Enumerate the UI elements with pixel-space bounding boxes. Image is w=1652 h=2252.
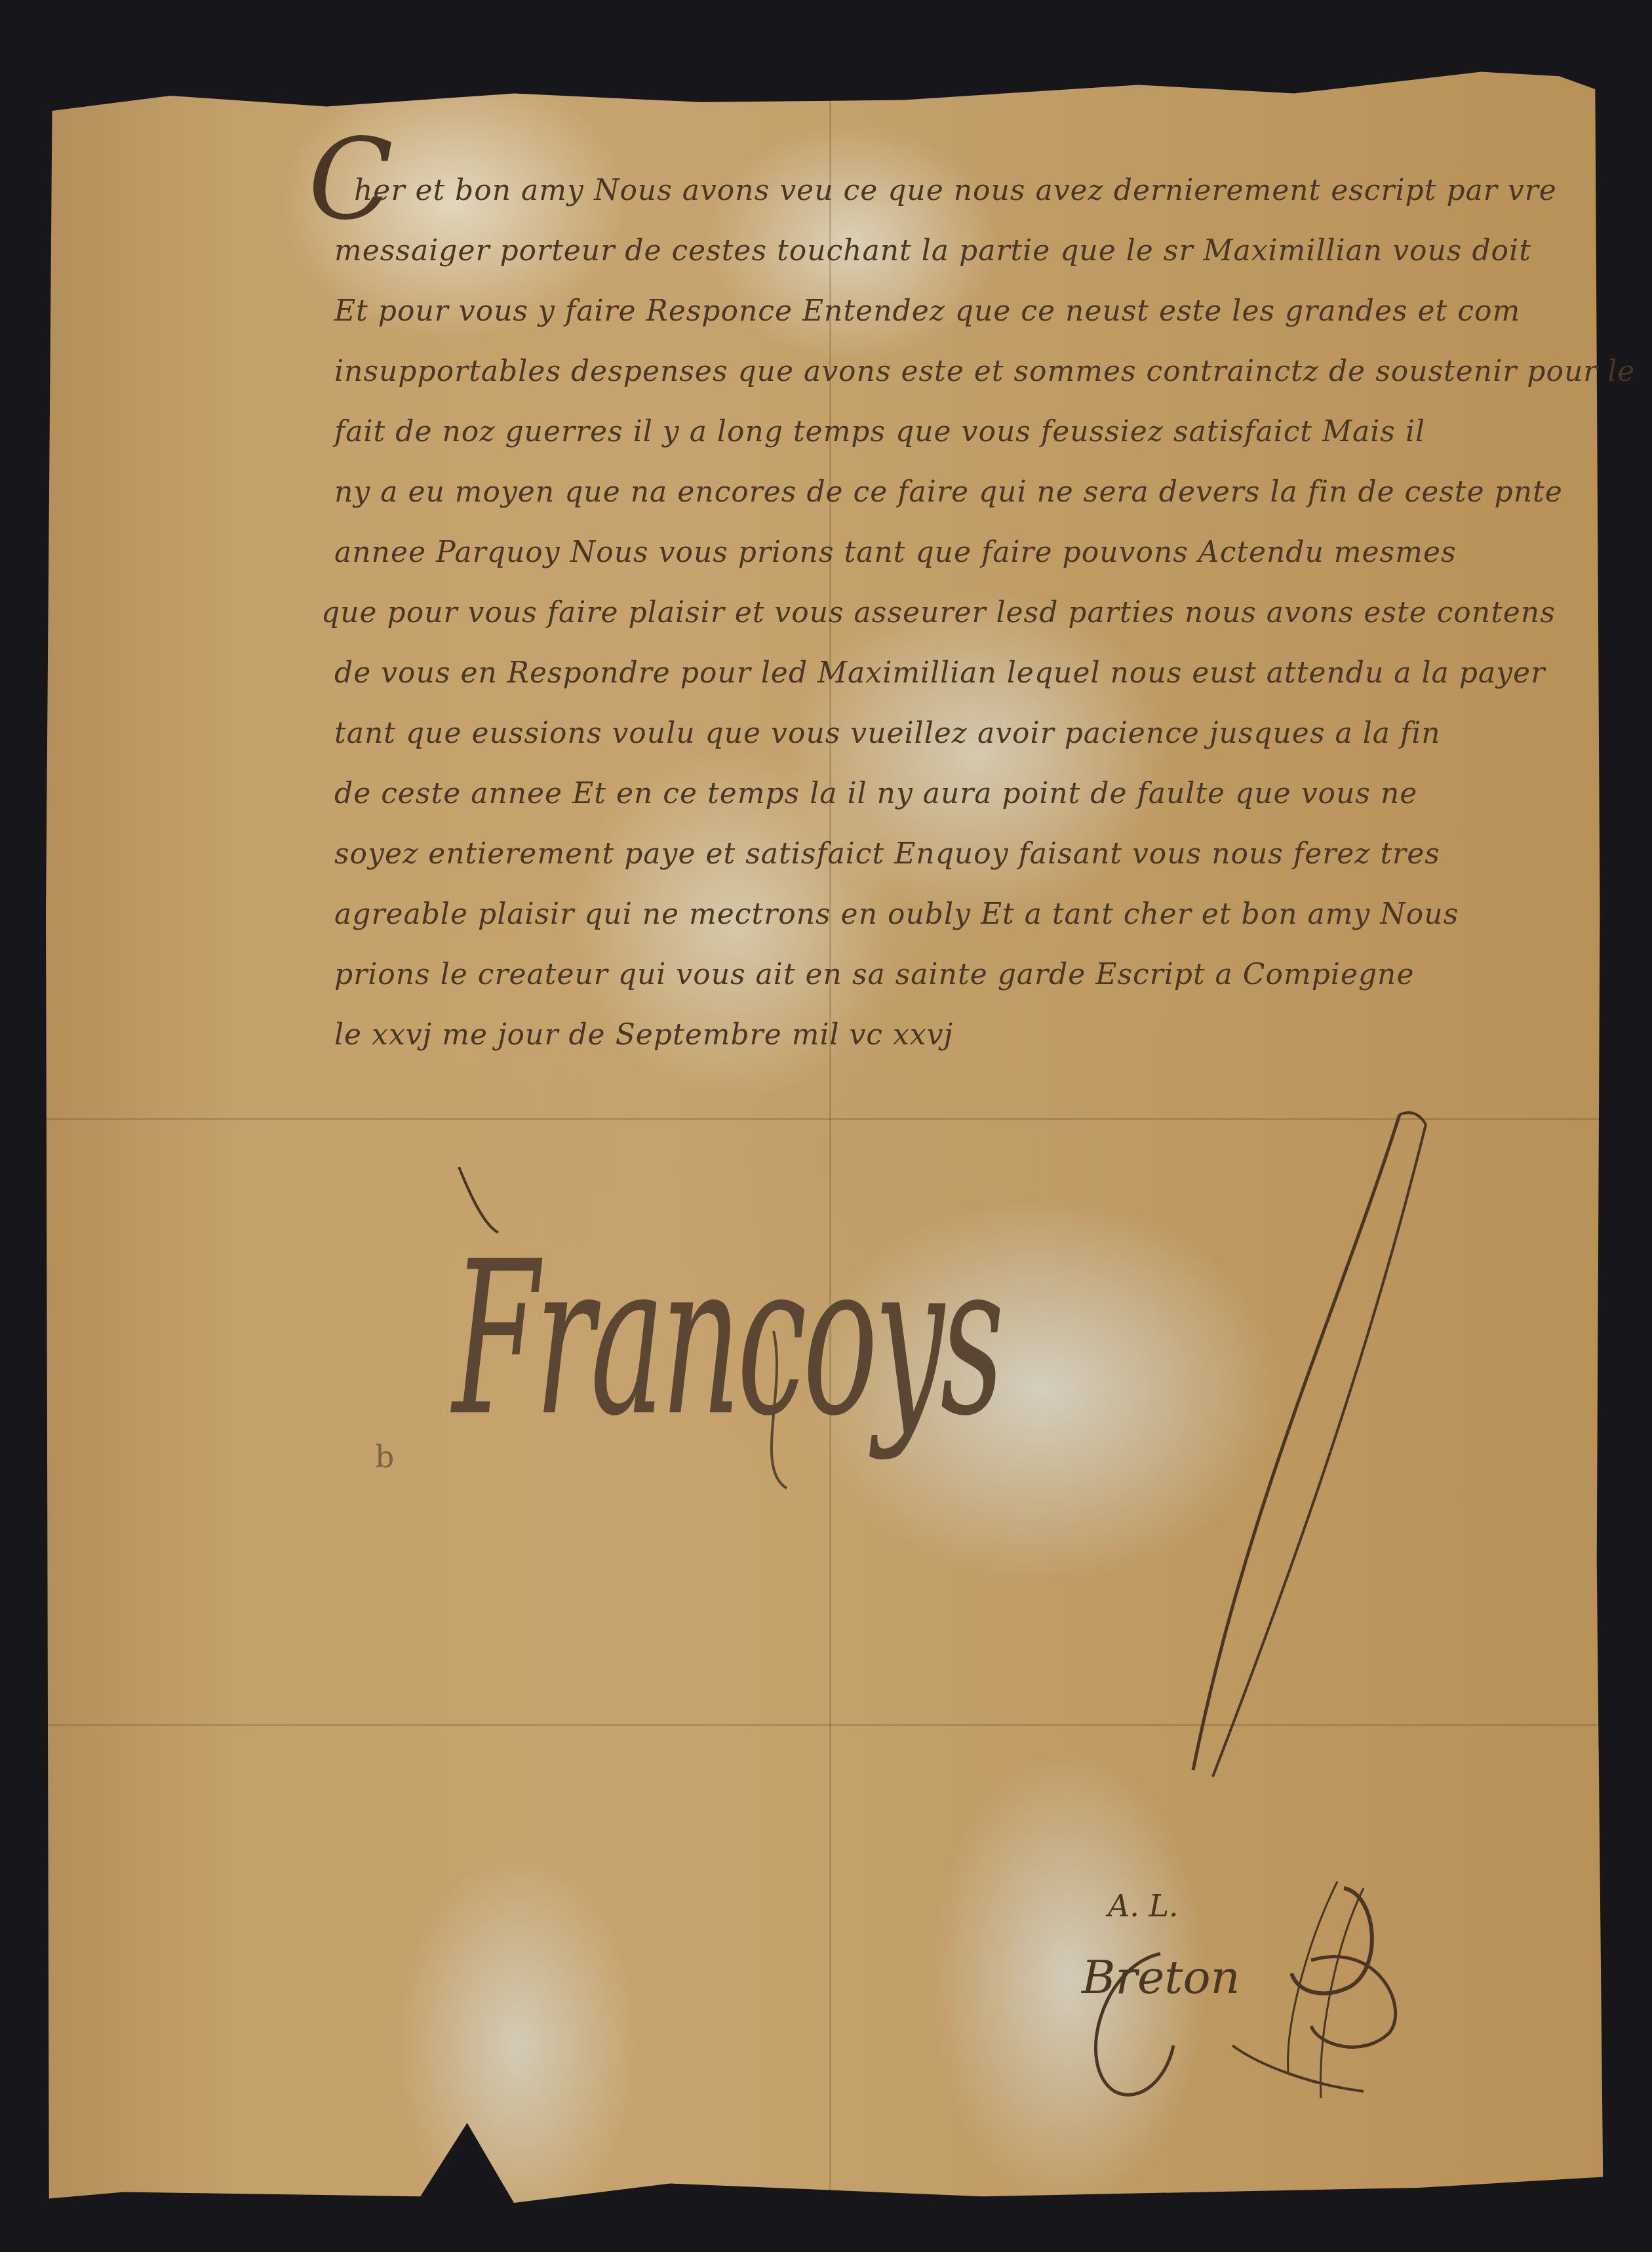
letter-line: de vous en Respondre pour led Maximillia… xyxy=(334,656,1545,690)
letter-line: fait de noz guerres il y a long temps qu… xyxy=(334,415,1425,448)
letter-line: prions le createur qui vous ait en sa sa… xyxy=(334,958,1415,991)
margin-mark: b xyxy=(375,1439,394,1474)
letter-line: agreable plaisir qui ne mectrons en oubl… xyxy=(334,898,1459,931)
letter-line: le xxvj me jour de Septembre mil vc xxvj xyxy=(334,1018,953,1052)
letter-line: de ceste annee Et en ce temps la il ny a… xyxy=(334,777,1417,810)
letter-line: que pour vous faire plaisir et vous asse… xyxy=(321,596,1556,629)
letter-line: ny a eu moyen que na encores de ce faire… xyxy=(334,475,1563,509)
horizontal-fold-line xyxy=(46,1118,1606,1120)
letter-line: annee Parquoy Nous vous prions tant que … xyxy=(334,536,1457,569)
signature-breton: Breton xyxy=(1082,1950,1240,2004)
horizontal-fold-line xyxy=(46,1724,1606,1726)
letter-line: soyez entierement paye et satisfaict Enq… xyxy=(334,837,1440,871)
letter-line: messaiger porteur de cestes touchant la … xyxy=(334,234,1531,267)
signature-francoys: Francoys xyxy=(452,1216,1000,1463)
letter-line: insupportables despenses que avons este … xyxy=(334,355,1635,388)
letter-line: Et pour vous y faire Responce Entendez q… xyxy=(334,294,1520,328)
secretary-initials: A. L. xyxy=(1108,1888,1179,1924)
letter-line: tant que eussions voulu que vous vueille… xyxy=(334,717,1441,750)
letter-line: her et bon amy Nous avons veu ce que nou… xyxy=(354,174,1557,207)
